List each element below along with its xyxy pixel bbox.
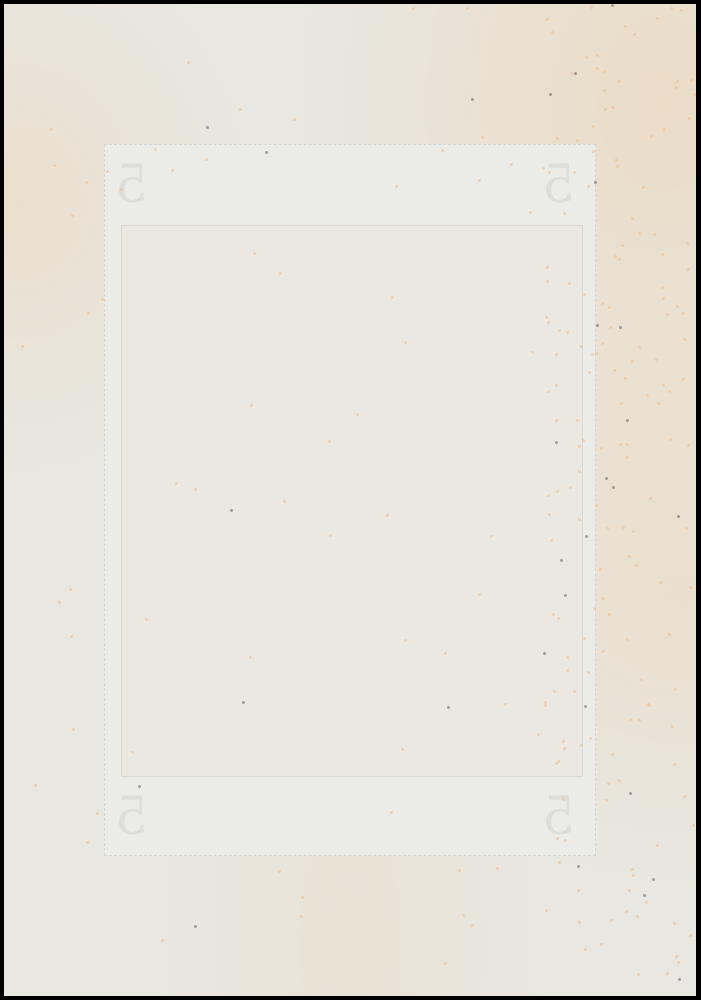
foxing-speck	[596, 67, 599, 70]
foxing-speck	[194, 925, 197, 928]
foxing-speck	[668, 633, 671, 636]
foxing-speck	[577, 889, 580, 892]
foxing-speck	[593, 607, 596, 610]
foxing-speck	[609, 326, 612, 329]
foxing-speck	[692, 824, 695, 827]
foxing-speck	[279, 272, 282, 275]
foxing-speck	[566, 656, 569, 659]
foxing-speck	[615, 159, 618, 162]
foxing-speck	[253, 252, 256, 255]
foxing-speck	[529, 211, 532, 214]
foxing-speck	[616, 165, 619, 168]
foxing-speck	[611, 4, 614, 7]
foxing-speck	[562, 740, 565, 743]
foxing-speck	[688, 117, 691, 120]
foxing-speck	[601, 302, 604, 305]
foxing-speck	[662, 297, 665, 300]
foxing-speck	[637, 973, 640, 976]
foxing-speck	[683, 795, 686, 798]
foxing-speck	[547, 321, 550, 324]
foxing-speck	[563, 747, 566, 750]
foxing-speck	[614, 255, 617, 258]
foxing-speck	[558, 861, 561, 864]
foxing-speck	[594, 181, 597, 184]
foxing-speck	[441, 149, 444, 152]
foxing-speck	[675, 86, 678, 89]
foxing-speck	[612, 486, 615, 489]
paper-sheet: 5 5 5 5	[4, 4, 696, 996]
foxing-speck	[653, 233, 656, 236]
foxing-speck	[618, 80, 621, 83]
foxing-speck	[621, 244, 624, 247]
foxing-speck	[604, 108, 607, 111]
foxing-speck	[626, 419, 629, 422]
foxing-speck	[478, 593, 481, 596]
foxing-speck	[194, 488, 197, 491]
foxing-speck	[638, 346, 641, 349]
foxing-speck	[558, 329, 561, 332]
foxing-speck	[595, 504, 598, 507]
foxing-speck	[301, 896, 304, 899]
foxing-speck	[85, 181, 88, 184]
foxing-speck	[671, 725, 674, 728]
foxing-speck	[86, 841, 89, 844]
foxing-speck	[447, 706, 450, 709]
foxing-speck	[553, 690, 556, 693]
foxing-speck	[546, 266, 549, 269]
foxing-speck	[300, 915, 303, 918]
foxing-speck	[676, 305, 679, 308]
foxing-speck	[548, 513, 551, 516]
foxing-speck	[587, 185, 590, 188]
foxing-speck	[584, 948, 587, 951]
foxing-speck	[555, 353, 558, 356]
ghost-denomination-top-left: 5	[115, 155, 148, 215]
foxing-speck	[687, 444, 690, 447]
foxing-speck	[71, 214, 74, 217]
foxing-speck	[510, 163, 513, 166]
ghost-denomination-bottom-left: 5	[115, 787, 148, 847]
foxing-speck	[662, 384, 665, 387]
foxing-speck	[458, 869, 461, 872]
foxing-speck	[650, 135, 653, 138]
foxing-speck	[657, 402, 660, 405]
foxing-speck	[629, 718, 632, 721]
foxing-speck	[682, 378, 685, 381]
foxing-speck	[628, 555, 631, 558]
foxing-speck	[578, 470, 581, 473]
foxing-speck	[683, 338, 686, 341]
foxing-speck	[556, 137, 559, 140]
foxing-speck	[69, 588, 72, 591]
foxing-speck	[21, 345, 24, 348]
foxing-speck	[640, 678, 643, 681]
foxing-speck	[600, 943, 603, 946]
foxing-speck	[661, 286, 664, 289]
foxing-speck	[611, 753, 614, 756]
foxing-speck	[666, 313, 669, 316]
foxing-speck	[576, 139, 579, 142]
foxing-speck	[547, 494, 550, 497]
foxing-speck	[631, 217, 634, 220]
foxing-speck	[661, 253, 664, 256]
foxing-speck	[283, 500, 286, 503]
foxing-speck	[466, 7, 469, 10]
foxing-speck	[689, 586, 692, 589]
foxing-speck	[646, 394, 649, 397]
foxing-speck	[588, 371, 591, 374]
foxing-speck	[632, 530, 635, 533]
foxing-speck	[626, 638, 629, 641]
foxing-speck	[656, 17, 659, 20]
foxing-speck	[628, 889, 631, 892]
foxing-speck	[603, 70, 606, 73]
foxing-speck	[444, 652, 447, 655]
foxing-speck	[596, 324, 599, 327]
foxing-speck	[599, 568, 602, 571]
foxing-speck	[548, 171, 551, 174]
foxing-speck	[624, 25, 627, 28]
foxing-speck	[602, 650, 605, 653]
foxing-speck	[642, 186, 645, 189]
foxing-speck	[635, 564, 638, 567]
foxing-speck	[618, 258, 621, 261]
stamp-pane-showthrough: 5 5 5 5	[104, 144, 596, 856]
foxing-speck	[670, 7, 673, 10]
foxing-speck	[585, 56, 588, 59]
foxing-speck	[583, 637, 586, 640]
foxing-speck	[578, 445, 581, 448]
foxing-speck	[490, 535, 493, 538]
foxing-speck	[669, 438, 672, 441]
foxing-speck	[404, 341, 407, 344]
foxing-speck	[549, 93, 552, 96]
foxing-speck	[673, 922, 676, 925]
foxing-speck	[663, 128, 666, 131]
foxing-speck	[624, 377, 627, 380]
foxing-speck	[652, 878, 655, 881]
foxing-speck	[690, 79, 693, 82]
foxing-speck	[412, 7, 415, 10]
foxing-speck	[72, 728, 75, 731]
foxing-speck	[566, 331, 569, 334]
foxing-speck	[625, 910, 628, 913]
foxing-speck	[496, 867, 499, 870]
foxing-speck	[481, 136, 484, 139]
foxing-speck	[154, 148, 157, 151]
foxing-speck	[638, 719, 641, 722]
foxing-speck	[656, 844, 659, 847]
foxing-speck	[619, 443, 622, 446]
foxing-speck	[555, 419, 558, 422]
foxing-speck	[675, 955, 678, 958]
foxing-speck	[608, 613, 611, 616]
foxing-speck	[546, 18, 549, 21]
foxing-speck	[631, 868, 634, 871]
foxing-speck	[250, 404, 253, 407]
foxing-speck	[242, 701, 245, 704]
foxing-speck	[573, 690, 576, 693]
foxing-speck	[564, 594, 567, 597]
foxing-speck	[444, 962, 447, 965]
foxing-speck	[293, 118, 296, 121]
foxing-speck	[655, 358, 658, 361]
foxing-speck	[680, 9, 683, 12]
foxing-speck	[239, 108, 242, 111]
foxing-speck	[545, 909, 548, 912]
foxing-speck	[600, 447, 603, 450]
foxing-speck	[602, 597, 605, 600]
ghost-denomination-top-right: 5	[542, 155, 575, 215]
foxing-speck	[611, 106, 614, 109]
foxing-speck	[677, 515, 680, 518]
foxing-speck	[557, 760, 560, 763]
foxing-speck	[626, 443, 629, 446]
foxing-speck	[87, 312, 90, 315]
foxing-speck	[682, 312, 685, 315]
foxing-speck	[53, 164, 56, 167]
foxing-speck	[138, 785, 141, 788]
foxing-speck	[610, 919, 613, 922]
foxing-speck	[674, 688, 677, 691]
foxing-speck	[659, 581, 662, 584]
foxing-speck	[101, 298, 104, 301]
foxing-speck	[631, 360, 634, 363]
foxing-speck	[632, 874, 635, 877]
foxing-speck	[686, 242, 689, 245]
stamp-picture-area	[121, 225, 583, 777]
foxing-speck	[471, 924, 474, 927]
foxing-speck	[471, 98, 474, 101]
foxing-speck	[603, 89, 606, 92]
foxing-speck	[592, 150, 595, 153]
foxing-speck	[573, 171, 576, 174]
foxing-speck	[58, 601, 61, 604]
foxing-speck	[206, 126, 209, 129]
foxing-speck	[551, 31, 554, 34]
foxing-speck	[620, 402, 623, 405]
foxing-speck	[560, 559, 563, 562]
foxing-speck	[649, 497, 652, 500]
foxing-speck	[673, 763, 676, 766]
foxing-speck	[580, 345, 583, 348]
foxing-speck	[537, 733, 540, 736]
foxing-speck	[592, 125, 595, 128]
foxing-speck	[693, 93, 696, 96]
foxing-speck	[70, 635, 73, 638]
foxing-speck	[643, 894, 646, 897]
foxing-speck	[590, 6, 593, 9]
foxing-speck	[645, 901, 648, 904]
foxing-speck	[607, 782, 610, 785]
foxing-speck	[677, 961, 680, 964]
foxing-speck	[596, 54, 599, 57]
foxing-speck	[666, 972, 669, 975]
foxing-speck	[619, 326, 622, 329]
foxing-speck	[678, 978, 681, 981]
foxing-speck	[601, 342, 604, 345]
foxing-speck	[687, 268, 690, 271]
foxing-speck	[577, 865, 580, 868]
foxing-speck	[96, 812, 99, 815]
foxing-speck	[462, 914, 465, 917]
foxing-speck	[605, 477, 608, 480]
foxing-speck	[636, 915, 639, 918]
foxing-speck	[613, 369, 616, 372]
foxing-speck	[685, 527, 688, 530]
foxing-speck	[608, 306, 611, 309]
foxing-speck	[622, 526, 625, 529]
foxing-speck	[606, 527, 609, 530]
foxing-speck	[574, 72, 577, 75]
foxing-speck	[390, 811, 393, 814]
foxing-speck	[629, 792, 632, 795]
foxing-speck	[50, 128, 53, 131]
foxing-speck	[605, 799, 608, 802]
foxing-speck	[676, 80, 679, 83]
foxing-speck	[633, 33, 636, 36]
foxing-speck	[689, 934, 692, 937]
foxing-speck	[578, 921, 581, 924]
foxing-speck	[584, 705, 587, 708]
foxing-speck	[278, 870, 281, 873]
foxing-speck	[34, 784, 37, 787]
foxing-speck	[595, 352, 598, 355]
foxing-speck	[562, 798, 565, 801]
foxing-speck	[187, 61, 190, 64]
foxing-speck	[589, 737, 592, 740]
foxing-speck	[145, 618, 148, 621]
foxing-speck	[249, 656, 252, 659]
foxing-speck	[638, 232, 641, 235]
foxing-speck	[626, 456, 629, 459]
foxing-speck	[161, 939, 164, 942]
foxing-speck	[668, 390, 671, 393]
foxing-speck	[618, 779, 621, 782]
